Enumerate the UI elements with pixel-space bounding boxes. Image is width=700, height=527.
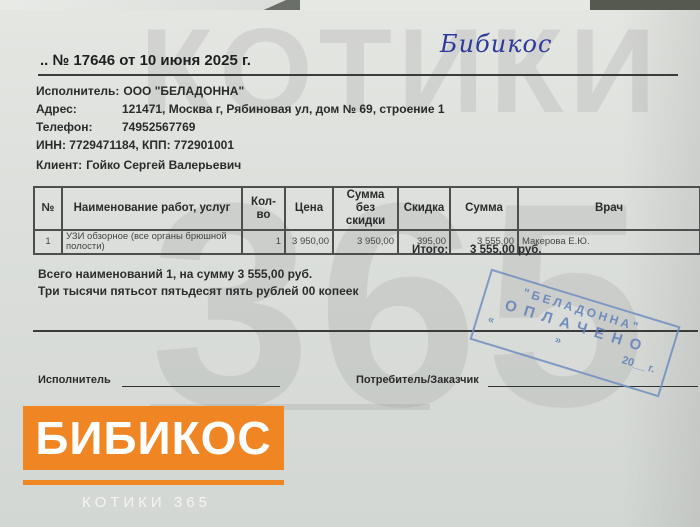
cell-number: 1: [34, 230, 62, 254]
executor-row: Исполнитель: ООО "БЕЛАДОННА": [36, 84, 445, 102]
col-header-price: Цена: [285, 187, 333, 230]
total-value: 3 555,00 руб.: [470, 244, 542, 256]
handwritten-note: Бибикос: [440, 30, 552, 58]
col-header-qty: Кол-во: [242, 187, 285, 230]
customer-signature-label: Потребитель/Заказчик: [356, 374, 479, 386]
summary-words: Три тысячи пятьсот пятьдесят пять рублей…: [38, 283, 358, 300]
address-label: Адрес:: [36, 102, 122, 120]
services-table: № Наименование работ, услуг Кол-во Цена …: [33, 186, 700, 255]
inn-kpp-row: ИНН: 7729471184, КПП: 772901001: [36, 138, 445, 156]
document-title: .. № 17646 от 10 июня 2025 г.: [40, 52, 251, 69]
phone-value: 74952567769: [122, 120, 195, 138]
brand-underline: [23, 480, 284, 485]
stamp-quote-open: «: [487, 313, 496, 326]
col-header-service: Наименование работ, услуг: [62, 187, 242, 230]
total-label: Итого:: [412, 244, 448, 256]
phone-label: Телефон:: [36, 120, 122, 138]
client-label: Клиент:: [36, 158, 82, 176]
table-header-row: № Наименование работ, услуг Кол-во Цена …: [34, 187, 700, 230]
phone-row: Телефон: 74952567769: [36, 120, 445, 138]
customer-signature-line: [488, 386, 698, 387]
col-header-discount: Скидка: [398, 187, 450, 230]
brand-subtitle: КОТИКИ 365: [82, 494, 211, 511]
stamp-year: 20__ г.: [620, 354, 656, 375]
executor-signature-label: Исполнитель: [38, 374, 111, 386]
brand-logo: БИБИКОС: [23, 406, 284, 470]
cell-qty: 1: [242, 230, 285, 254]
divider: [38, 74, 678, 76]
client-value: Гойко Сергей Валерьевич: [86, 158, 241, 176]
cell-sum-no-discount: 3 950,00: [333, 230, 398, 254]
address-value: 121471, Москва г, Рябиновая ул, дом № 69…: [122, 102, 445, 120]
inn-kpp: ИНН: 7729471184, КПП: 772901001: [36, 138, 234, 156]
executor-label: Исполнитель:: [36, 84, 119, 102]
executor-signature-line: [122, 386, 280, 387]
summary: Всего наименований 1, на сумму 3 555,00 …: [38, 266, 358, 300]
col-header-doctor: Врач: [518, 187, 700, 230]
stamp-quote-close: »: [553, 334, 562, 347]
cell-price: 3 950,00: [285, 230, 333, 254]
summary-count: Всего наименований 1, на сумму 3 555,00 …: [38, 266, 358, 283]
client-row: Клиент: Гойко Сергей Валерьевич: [36, 158, 445, 176]
table-row: 1 УЗИ обзорное (все органы брюшной полос…: [34, 230, 700, 254]
invoice-info: Исполнитель: ООО "БЕЛАДОННА" Адрес: 1214…: [36, 84, 445, 176]
cell-doctor: Макерова Е.Ю.: [518, 230, 700, 254]
address-row: Адрес: 121471, Москва г, Рябиновая ул, д…: [36, 102, 445, 120]
col-header-number: №: [34, 187, 62, 230]
col-header-sum-no-discount: Сумма без скидки: [333, 187, 398, 230]
col-header-sum: Сумма: [450, 187, 518, 230]
executor-value: ООО "БЕЛАДОННА": [123, 84, 244, 102]
cell-service: УЗИ обзорное (все органы брюшной полости…: [62, 230, 242, 254]
